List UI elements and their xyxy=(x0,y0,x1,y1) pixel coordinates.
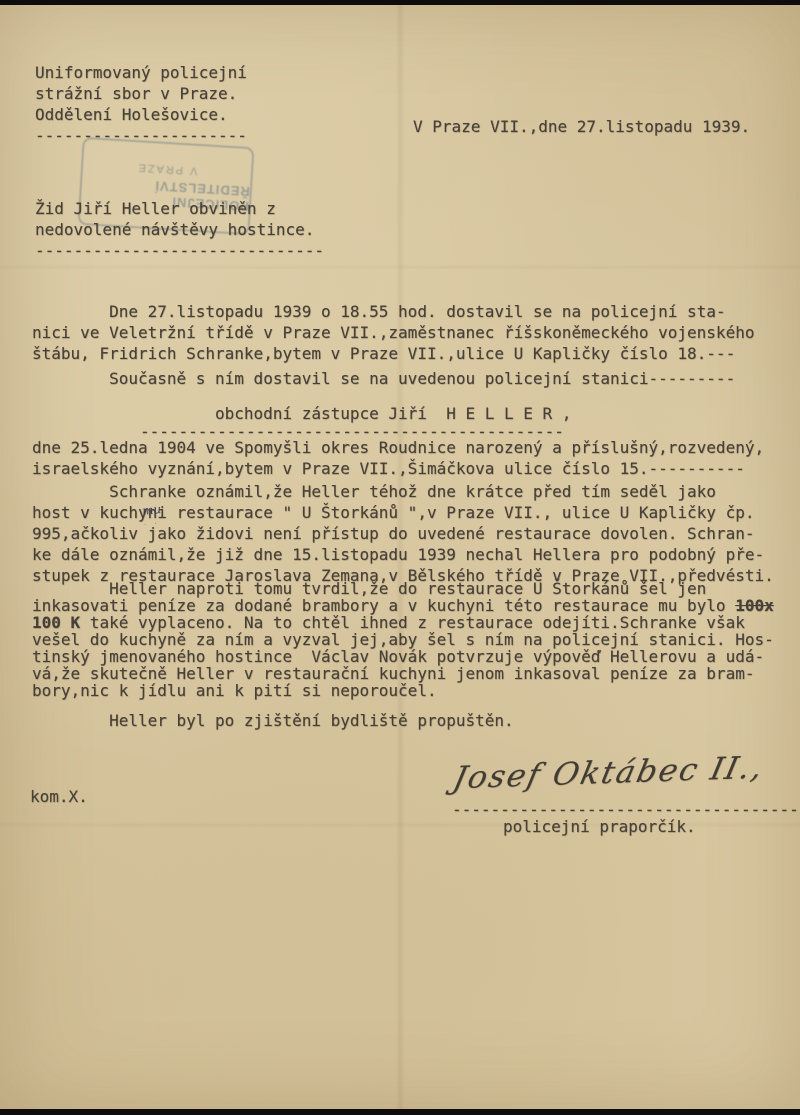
para4-text-rest: také vyplaceno. Na to chtěl ihned z rest… xyxy=(32,613,774,700)
closing-statement: Heller byl po zjištění bydliště propuště… xyxy=(32,710,514,731)
handwritten-signature: Josef Oktábec II., xyxy=(450,750,768,797)
subject-underline: ------------------------------ xyxy=(35,241,324,260)
letterhead-line2: strážní sbor v Praze. xyxy=(35,84,237,103)
scanned-document-page: Uniformovaný policejní strážní sbor v Pr… xyxy=(0,0,800,1115)
paragraph-arrival-intro: Současně s ním dostavil se na uvedenou p… xyxy=(32,368,735,389)
subject-block: Žid Jiří Heller obviněn z nedovolené náv… xyxy=(35,198,324,261)
reference-mark: kom.X. xyxy=(30,786,88,807)
letterhead: Uniformovaný policejní strážní sbor v Pr… xyxy=(35,62,247,146)
subject-line1: Žid Jiří Heller obviněn z xyxy=(35,199,276,218)
letterhead-line3: Oddělení Holešovice. xyxy=(35,105,228,124)
letterhead-line1: Uniformovaný policejní xyxy=(35,63,247,82)
subject-line2: nedovolené návštěvy hostince. xyxy=(35,220,314,239)
paragraph-schranke-statement: Schranke oznámil,že Heller téhož dne krá… xyxy=(32,481,774,586)
handwritten-insertion: mu xyxy=(141,502,161,518)
para4-text-start: Heller naproti tomu tvrdil,že do restaur… xyxy=(32,579,735,615)
scan-edge-top xyxy=(0,0,800,5)
date-line: V Praze VII.,dne 27.listopadu 1939. xyxy=(413,116,750,137)
paragraph-incident-report: Dne 27.listopadu 1939 o 18.55 hod. dosta… xyxy=(32,301,754,364)
signature-rank-title: policejní praporčík. xyxy=(503,816,696,837)
paragraph-personal-details: dne 25.ledna 1904 ve Spomyšli okres Roud… xyxy=(32,437,764,479)
scan-edge-bottom xyxy=(0,1109,800,1115)
stamp-text-line2: V PRAZE xyxy=(136,161,198,177)
paragraph-heller-defense: Heller naproti tomu tvrdil,že do restaur… xyxy=(32,580,774,699)
